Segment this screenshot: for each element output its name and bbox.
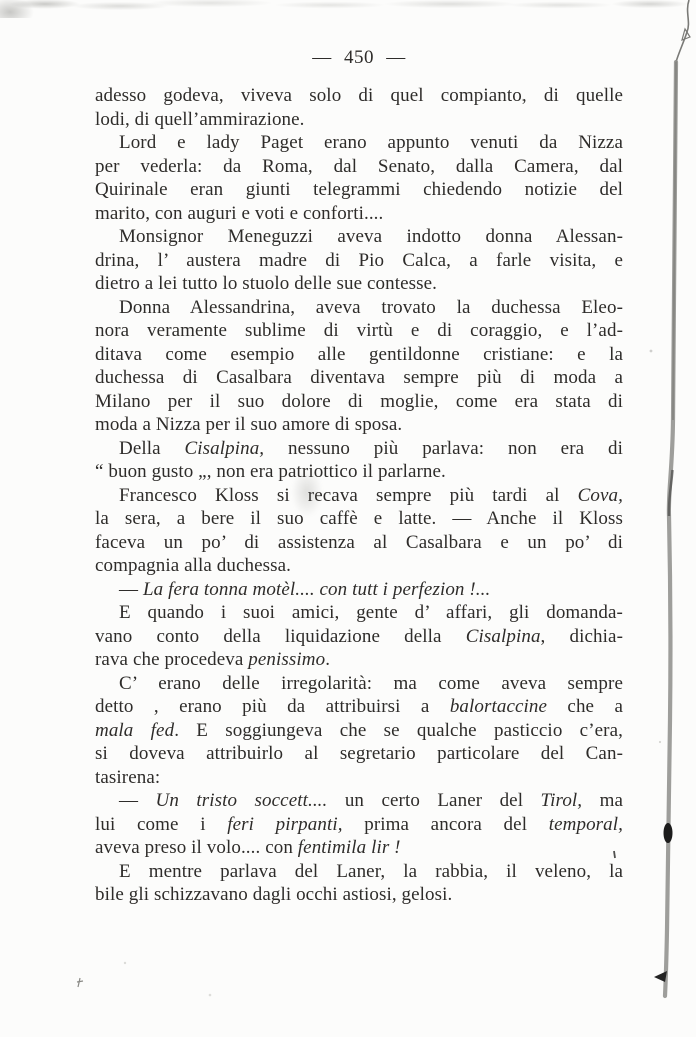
italic-text: penissimo xyxy=(248,649,325,670)
text-line: E mentre parlava del Laner, la rabbia, i… xyxy=(95,860,623,884)
text: detto , erano più da attribuirsi a xyxy=(95,696,450,717)
italic-text: fentimila lir ! xyxy=(298,837,401,858)
paragraph: E mentre parlava del Laner, la rabbia, i… xyxy=(95,860,623,907)
text: faceva un po’ di assistenza al Casalbara… xyxy=(95,532,623,553)
text: moda a Nizza per il suo amore di sposa. xyxy=(95,414,402,435)
scan-curl-loop xyxy=(682,29,690,40)
text: Della xyxy=(119,438,185,459)
stray-mark xyxy=(77,978,83,987)
text-line: marito, con auguri e voti e conforti.... xyxy=(95,202,623,226)
text: lui come i xyxy=(95,814,227,835)
text: E mentre parlava del Laner, la rabbia, i… xyxy=(119,861,623,882)
text-line: rava che procedeva penissimo. xyxy=(95,648,623,672)
scan-edge-noise xyxy=(0,0,696,18)
text-line: aveva preso il volo.... con fentimila li… xyxy=(95,836,623,860)
text-line: mala fed. E soggiungeva che se qualche p… xyxy=(95,719,623,743)
text-line: Francesco Kloss si recava sempre più tar… xyxy=(95,484,623,508)
page-number-header: — 450 — xyxy=(95,47,623,69)
text-line: “ buon gusto „, non era patriottico il p… xyxy=(95,460,623,484)
paragraph: — Un tristo soccett.... un certo Laner d… xyxy=(95,789,623,860)
paragraph: — La fera tonna motèl.... con tutt i per… xyxy=(95,578,623,602)
text: vano conto della liquidazione della xyxy=(95,626,466,647)
text: rava che procedeva xyxy=(95,649,248,670)
italic-text: mala fed xyxy=(95,720,174,741)
text-line: adesso godeva, viveva solo di quel compi… xyxy=(95,84,623,108)
text: Monsignor Meneguzzi aveva indotto donna … xyxy=(119,226,623,247)
text-line: Lord e lady Paget erano appunto venuti d… xyxy=(95,131,623,155)
text: ditava come esempio alle gentildonne cri… xyxy=(95,344,623,365)
text-line: ditava come esempio alle gentildonne cri… xyxy=(95,343,623,367)
text-line: la sera, a bere il suo caffè e latte. — … xyxy=(95,507,623,531)
text-line: Monsignor Meneguzzi aveva indotto donna … xyxy=(95,225,623,249)
text-line: moda a Nizza per il suo amore di sposa. xyxy=(95,413,623,437)
text: drina, l’ austera madre di Pio Calca, a … xyxy=(95,250,623,271)
text: duchessa di Casalbara diventava sempre p… xyxy=(95,367,623,388)
text-line: Quirinale eran giunti telegrammi chieden… xyxy=(95,178,623,202)
text-line: — Un tristo soccett.... un certo Laner d… xyxy=(95,789,623,813)
text: “ buon gusto „, non era patriottico il p… xyxy=(95,461,446,482)
text: nora veramente sublime di virtù e di cor… xyxy=(95,320,623,341)
text: Quirinale eran giunti telegrammi chieden… xyxy=(95,179,623,200)
italic-text: Cisalpina, xyxy=(185,438,265,459)
text: si doveva attribuirlo al segretario part… xyxy=(95,743,623,764)
text: compagnia alla duchessa. xyxy=(95,555,291,576)
text: tasirena: xyxy=(95,767,160,788)
scan-crease-band xyxy=(665,62,676,996)
text: adesso godeva, viveva solo di quel compi… xyxy=(95,85,623,106)
text-line: lui come i feri pirpanti, prima ancora d… xyxy=(95,813,623,837)
scanned-book-page: — 450 — adesso godeva, viveva solo di qu… xyxy=(0,0,696,1037)
text: Donna Alessandrina, aveva trovato la duc… xyxy=(119,297,623,318)
italic-text: Un tristo soccett.... xyxy=(156,790,328,811)
italic-text: La fera tonna motèl.... con tutt i perfe… xyxy=(143,579,490,600)
text: dietro a lei tutto lo stuolo delle sue c… xyxy=(95,273,437,294)
text: . E soggiungeva che se qualche pasticcio… xyxy=(174,720,623,741)
ink-smudge-artifact xyxy=(283,460,331,532)
text: prima ancora del xyxy=(343,814,549,835)
text-line: — La fera tonna motèl.... con tutt i per… xyxy=(95,578,623,602)
text: nessuno più parlava: non era di xyxy=(264,438,623,459)
text-line: bile gli schizzavano dagli occhi astiosi… xyxy=(95,883,623,907)
text: Lord e lady Paget erano appunto venuti d… xyxy=(119,132,623,153)
body-text: adesso godeva, viveva solo di quel compi… xyxy=(95,84,623,907)
text-line: drina, l’ austera madre di Pio Calca, a … xyxy=(95,249,623,273)
paragraph: adesso godeva, viveva solo di quel compi… xyxy=(95,84,623,131)
text-line: nora veramente sublime di virtù e di cor… xyxy=(95,319,623,343)
text: , dichia- xyxy=(541,626,623,647)
scan-crease-core xyxy=(673,62,676,420)
text-line: vano conto della liquidazione della Cisa… xyxy=(95,625,623,649)
text: aveva preso il volo.... con xyxy=(95,837,298,858)
scan-crease-kink xyxy=(669,470,673,516)
paragraph: Lord e lady Paget erano appunto venuti d… xyxy=(95,131,623,225)
paragraph: Della Cisalpina, nessuno più parlava: no… xyxy=(95,437,623,484)
text: che a xyxy=(547,696,623,717)
text-line: E quando i suoi amici, gente d’ affari, … xyxy=(95,601,623,625)
text-line: compagnia alla duchessa. xyxy=(95,554,623,578)
text: un certo Laner del xyxy=(327,790,540,811)
text-line: Della Cisalpina, nessuno più parlava: no… xyxy=(95,437,623,461)
text-line: detto , erano più da attribuirsi a balor… xyxy=(95,695,623,719)
text-line: lodi, di quell’ammirazione. xyxy=(95,108,623,132)
text: ma xyxy=(582,790,623,811)
text: Francesco Kloss si recava sempre più tar… xyxy=(119,485,578,506)
text: marito, con auguri e voti e conforti.... xyxy=(95,203,383,224)
paragraph: Francesco Kloss si recava sempre più tar… xyxy=(95,484,623,578)
paragraph: Donna Alessandrina, aveva trovato la duc… xyxy=(95,296,623,437)
italic-text: temporal, xyxy=(549,814,623,835)
paper-speck xyxy=(659,741,661,743)
italic-text: Cisalpina xyxy=(466,626,541,647)
text-line: dietro a lei tutto lo stuolo delle sue c… xyxy=(95,272,623,296)
paper-speck xyxy=(124,962,126,964)
text-line: faceva un po’ di assistenza al Casalbara… xyxy=(95,531,623,555)
text-line: tasirena: xyxy=(95,766,623,790)
text: E quando i suoi amici, gente d’ affari, … xyxy=(119,602,623,623)
paragraph: C’ erano delle irregolarità: ma come ave… xyxy=(95,672,623,790)
text: lodi, di quell’ammirazione. xyxy=(95,109,305,130)
scan-blob xyxy=(664,823,673,843)
text: — xyxy=(119,790,156,811)
text-line: Donna Alessandrina, aveva trovato la duc… xyxy=(95,296,623,320)
paper-speck xyxy=(650,350,653,353)
italic-text: feri pirpanti, xyxy=(227,814,342,835)
text: . xyxy=(325,649,330,670)
italic-text: Cova, xyxy=(578,485,623,506)
paragraph: Monsignor Meneguzzi aveva indotto donna … xyxy=(95,225,623,296)
text-line: Milano per il suo dolore di moglie, come… xyxy=(95,390,623,414)
paper-speck xyxy=(209,994,212,997)
text-line: per vederla: da Roma, dal Senato, dalla … xyxy=(95,155,623,179)
text: C’ erano delle irregolarità: ma come ave… xyxy=(119,673,623,694)
text-line: si doveva attribuirlo al segretario part… xyxy=(95,742,623,766)
text-line: C’ erano delle irregolarità: ma come ave… xyxy=(95,672,623,696)
italic-text: Tirol, xyxy=(541,790,583,811)
text: la sera, a bere il suo caffè e latte. — … xyxy=(95,508,623,529)
scan-blob-small xyxy=(654,971,667,982)
text: — xyxy=(119,579,143,600)
text: Milano per il suo dolore di moglie, come… xyxy=(95,391,623,412)
italic-text: balortaccine xyxy=(450,696,547,717)
paragraph: E quando i suoi amici, gente d’ affari, … xyxy=(95,601,623,672)
text: per vederla: da Roma, dal Senato, dalla … xyxy=(95,156,623,177)
text: bile gli schizzavano dagli occhi astiosi… xyxy=(95,884,452,905)
text-line: duchessa di Casalbara diventava sempre p… xyxy=(95,366,623,390)
